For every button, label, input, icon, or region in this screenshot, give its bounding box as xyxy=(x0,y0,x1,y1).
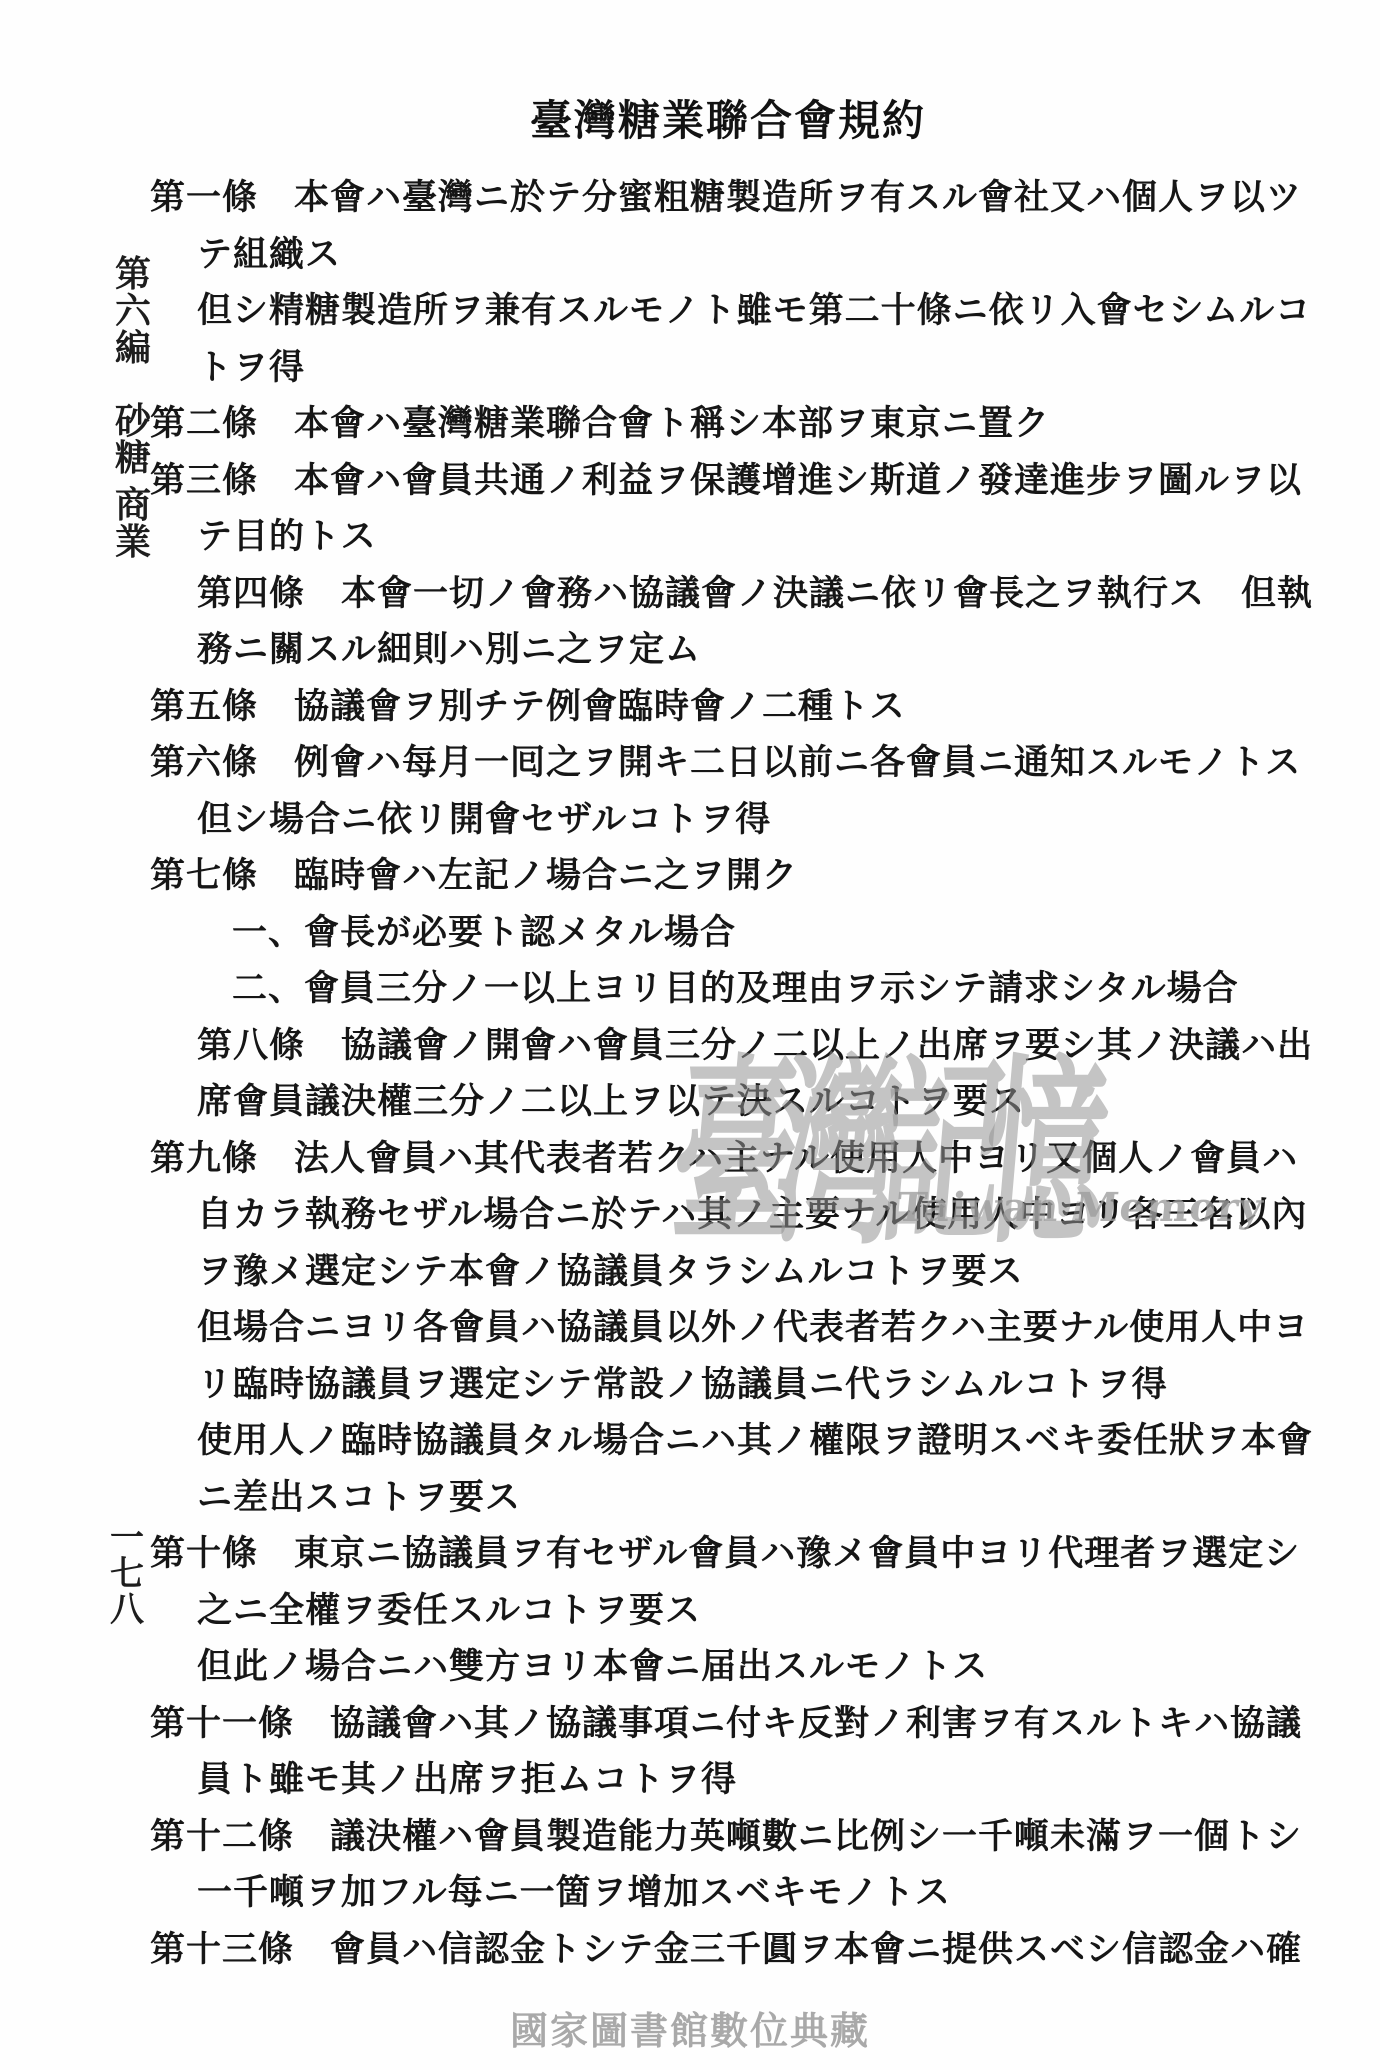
body-line: ヲ豫メ選定シテ本會ノ協議員タラシムルコトヲ要ス xyxy=(150,1244,1310,1301)
body-line: 第一條 本會ハ臺灣ニ於テ分蜜粗糖製造所ヲ有スル會社又ハ個人ヲ以ツ xyxy=(150,170,1310,227)
chapter-side-label: 第六編 砂糖 商業 xyxy=(112,256,154,561)
document-title: 臺灣糖業聯合會規約 xyxy=(530,88,926,148)
body-line: 第八條 協議會ノ開會ハ會員三分ノ二以上ノ出席ヲ要シ其ノ決議ハ出 xyxy=(150,1018,1310,1075)
body-line: 第七條 臨時會ハ左記ノ場合ニ之ヲ開ク xyxy=(150,848,1310,905)
regulation-text-block: 第一條 本會ハ臺灣ニ於テ分蜜粗糖製造所ヲ有スル會社又ハ個人ヲ以ツ テ組織ス 但シ… xyxy=(150,170,1310,1978)
body-line: 一、會長が必要ト認メタル場合 xyxy=(150,905,1310,962)
body-line: 第十一條 協議會ハ其ノ協議事項ニ付キ反對ノ利害ヲ有スルトキハ協議 xyxy=(150,1696,1310,1753)
body-line: 席會員議決權三分ノ二以上ヲ以テ決スルコトヲ要ス xyxy=(150,1074,1310,1131)
body-line: 二、會員三分ノ一以上ヨリ目的及理由ヲ示シテ請求シタル場合 xyxy=(150,961,1310,1018)
body-line: 一千噸ヲ加フル每ニ一箇ヲ增加スベキモノトス xyxy=(150,1865,1310,1922)
body-line: ニ差出スコトヲ要ス xyxy=(150,1470,1310,1527)
body-line: 第十條 東京ニ協議員ヲ有セザル會員ハ豫メ會員中ヨリ代理者ヲ選定シ xyxy=(150,1526,1310,1583)
body-line: 第三條 本會ハ會員共通ノ利益ヲ保護增進シ斯道ノ發達進步ヲ圖ルヲ以 xyxy=(150,453,1310,510)
chapter-subject-sugar-label: 砂糖 xyxy=(112,403,154,477)
body-line: 員ト雖モ其ノ出席ヲ拒ムコトヲ得 xyxy=(150,1752,1310,1809)
page-number: 一七八 xyxy=(106,1520,148,1628)
body-line: 務ニ關スル細則ハ別ニ之ヲ定ム xyxy=(150,622,1310,679)
body-line: 自カラ執務セザル場合ニ於テハ其ノ主要ナル使用人中ヨリ各三名以內 xyxy=(150,1187,1310,1244)
body-line: 第四條 本會一切ノ會務ハ協議會ノ決議ニ依リ會長之ヲ執行ス 但執 xyxy=(150,566,1310,623)
scanned-page: 臺灣糖業聯合會規約 第六編 砂糖 商業 一七八 第一條 本會ハ臺灣ニ於テ分蜜粗糖… xyxy=(0,0,1380,2070)
body-line: 第五條 協議會ヲ別チテ例會臨時會ノ二種トス xyxy=(150,679,1310,736)
body-line: 但場合ニヨリ各會員ハ協議員以外ノ代表者若クハ主要ナル使用人中ヨ xyxy=(150,1300,1310,1357)
body-line: 第二條 本會ハ臺灣糖業聯合會ト稱シ本部ヲ東京ニ置ク xyxy=(150,396,1310,453)
body-line: 但此ノ場合ニハ雙方ヨリ本會ニ届出スルモノトス xyxy=(150,1639,1310,1696)
body-line: トヲ得 xyxy=(150,340,1310,397)
body-line: 第十二條 議決權ハ會員製造能力英噸數ニ比例シ一千噸未滿ヲ一個トシ xyxy=(150,1809,1310,1866)
body-line: テ目的トス xyxy=(150,509,1310,566)
body-line: 但シ場合ニ依リ開會セザルコトヲ得 xyxy=(150,792,1310,849)
body-line: リ臨時協議員ヲ選定シテ常設ノ協議員ニ代ラシムルコトヲ得 xyxy=(150,1357,1310,1414)
body-line: 使用人ノ臨時協議員タル場合ニハ其ノ權限ヲ證明スベキ委任狀ヲ本會 xyxy=(150,1413,1310,1470)
chapter-number-label: 第六編 xyxy=(112,256,154,367)
body-line: テ組織ス xyxy=(150,227,1310,284)
body-line: 之ニ全權ヲ委任スルコトヲ要ス xyxy=(150,1583,1310,1640)
body-line: 第九條 法人會員ハ其代表者若クハ主ナル使用人中ヨリ又個人ノ會員ハ xyxy=(150,1131,1310,1188)
body-line: 第十三條 會員ハ信認金トシテ金三千圓ヲ本會ニ提供スベシ信認金ハ確 xyxy=(150,1922,1310,1979)
chapter-subject-commerce-label: 商業 xyxy=(112,487,154,561)
body-line: 但シ精糖製造所ヲ兼有スルモノト雖モ第二十條ニ依リ入會セシムルコ xyxy=(150,283,1310,340)
library-footer: 國家圖書館數位典藏 xyxy=(0,2000,1380,2055)
body-line: 第六條 例會ハ每月一囘之ヲ開キ二日以前ニ各會員ニ通知スルモノトス xyxy=(150,735,1310,792)
